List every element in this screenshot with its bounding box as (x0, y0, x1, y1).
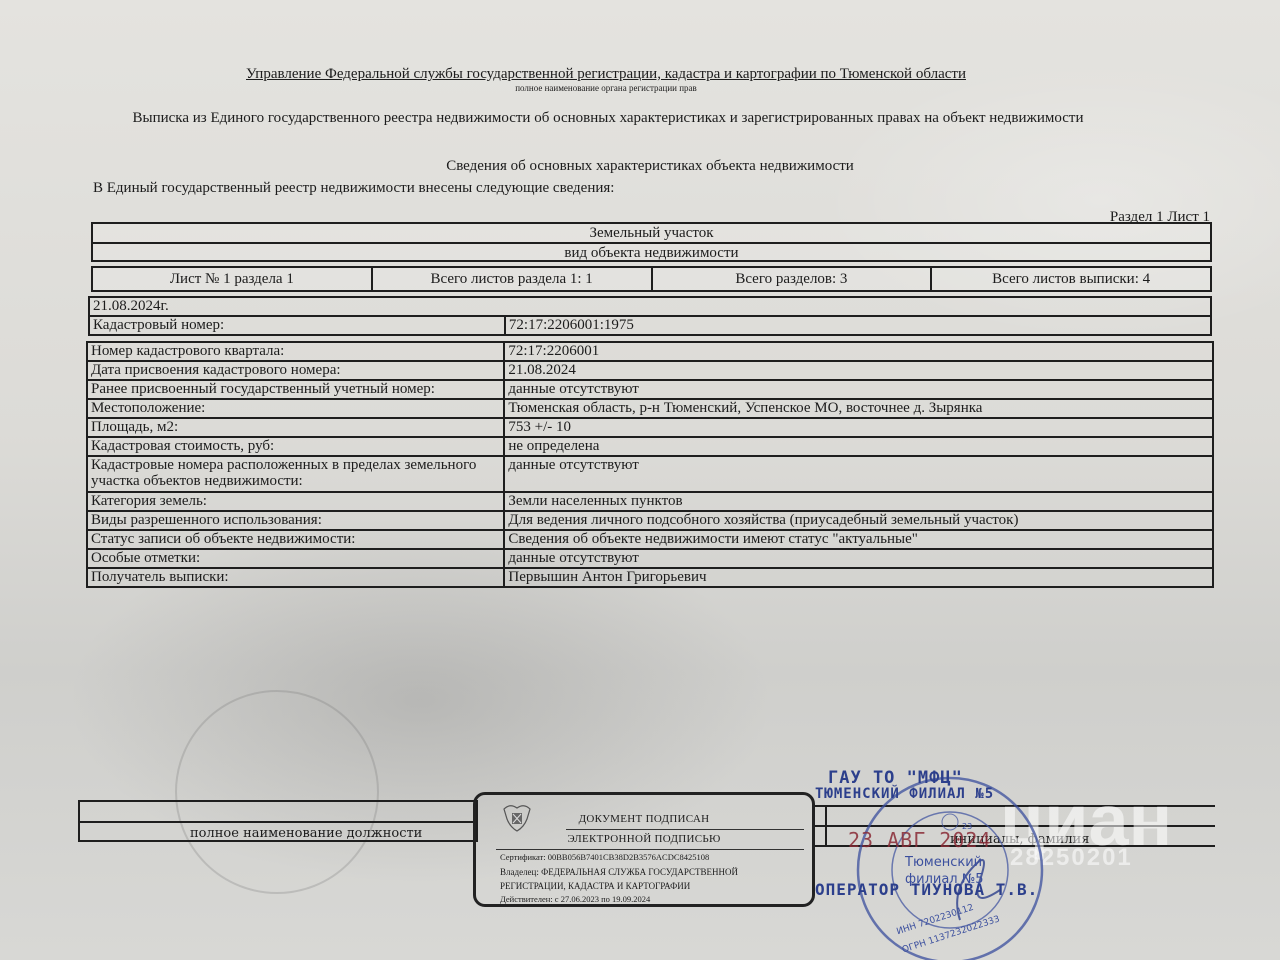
detail-label: Площадь, м2: (87, 418, 504, 437)
extract-title: Выписка из Единого государственного реес… (0, 110, 1216, 127)
table-row: Ранее присвоенный государственный учетны… (87, 380, 1213, 399)
mfc-stamp-org: ГАУ ТО "МФЦ" (828, 768, 963, 788)
detail-label: Кадастровая стоимость, руб: (87, 437, 504, 456)
date-stamp: 23 АВГ 2024 (848, 828, 991, 852)
certificate-id: Сертификат: 00BB056B7401CB38D2B3576ACDC8… (500, 852, 709, 862)
detail-label: Виды разрешенного использования: (87, 511, 504, 530)
detail-label: Кадастровые номера расположенных в преде… (87, 456, 504, 492)
round-stamp-center-line1: Тюменский (905, 855, 982, 870)
registration-authority-caption: полное наименование органа регистрации п… (0, 83, 1212, 93)
detail-label: Особые отметки: (87, 549, 504, 568)
table-row: Дата присвоения кадастрового номера:21.0… (87, 361, 1213, 380)
certificate-validity: Действителен: с 27.06.2023 по 19.09.2024 (500, 894, 650, 904)
divider (825, 805, 827, 845)
detail-value: Земли населенных пунктов (504, 492, 1213, 511)
detail-label: Номер кадастрового квартала: (87, 342, 504, 361)
certificate-owner-line2: РЕГИСТРАЦИИ, КАДАСТРА И КАРТОГРАФИИ (500, 881, 690, 891)
cadastral-number-table: 21.08.2024г. Кадастровый номер: 72:17:22… (88, 296, 1212, 336)
table-row: Кадастровые номера расположенных в преде… (87, 456, 1213, 492)
mfc-stamp-branch: ТЮМЕНСКИЙ ФИЛИАЛ №5 (815, 786, 994, 802)
object-type: Земельный участок (93, 224, 1210, 244)
divider (566, 829, 804, 830)
section-sheets-total: Всего листов раздела 1: 1 (373, 268, 653, 290)
cadastral-number-label: Кадастровый номер: (89, 316, 505, 335)
table-row: Кадастровая стоимость, руб:не определена (87, 437, 1213, 456)
detail-value: Для ведения личного подсобного хозяйства… (504, 511, 1213, 530)
sheet-number: Лист № 1 раздела 1 (93, 268, 373, 290)
detail-label: Категория земель: (87, 492, 504, 511)
detail-value: данные отсутствуют (504, 549, 1213, 568)
table-row: Статус записи об объекте недвижимости:Св… (87, 530, 1213, 549)
detail-value: Первышин Антон Григорьевич (504, 568, 1213, 587)
certificate-owner-line1: Владелец: ФЕДЕРАЛЬНАЯ СЛУЖБА ГОСУДАРСТВЕ… (500, 867, 738, 877)
ghost-stamp-impression (175, 690, 379, 894)
divider (496, 849, 804, 850)
detail-value: не определена (504, 437, 1213, 456)
object-type-caption: вид объекта недвижимости (93, 244, 1210, 262)
cadastral-number-value: 72:17:2206001:1975 (505, 316, 1211, 335)
detail-value: Тюменская область, р-н Тюменский, Успенс… (504, 399, 1213, 418)
property-details-table: Номер кадастрового квартала:72:17:220600… (86, 341, 1214, 588)
divider (80, 821, 476, 823)
sheet-info-row: Лист № 1 раздела 1 Всего листов раздела … (91, 266, 1212, 292)
sections-total: Всего разделов: 3 (653, 268, 933, 290)
object-type-box: Земельный участок вид объекта недвижимос… (91, 222, 1212, 262)
detail-label: Ранее присвоенный государственный учетны… (87, 380, 504, 399)
registration-authority-name: Управление Федеральной службы государств… (0, 66, 1212, 83)
operator-stamp: ОПЕРАТОР ТИУНОВА Т.В. (815, 880, 1038, 899)
table-row: Площадь, м2:753 +/- 10 (87, 418, 1213, 437)
detail-value: 21.08.2024 (504, 361, 1213, 380)
extract-date: 21.08.2024г. (89, 297, 1211, 316)
section-title: Сведения об основных характеристиках объ… (0, 158, 1280, 175)
signed-title: ДОКУМЕНТ ПОДПИСАН (476, 813, 812, 825)
position-caption: полное наименование должности (190, 826, 422, 841)
table-row: Получатель выписки:Первышин Антон Григор… (87, 568, 1213, 587)
detail-value: 72:17:2206001 (504, 342, 1213, 361)
position-box: полное наименование должности (78, 800, 478, 842)
extract-sheets-total: Всего листов выписки: 4 (932, 268, 1210, 290)
detail-label: Местоположение: (87, 399, 504, 418)
detail-label: Статус записи об объекте недвижимости: (87, 530, 504, 549)
electronic-signature-box: ДОКУМЕНТ ПОДПИСАН ЭЛЕКТРОННОЙ ПОДПИСЬЮ С… (473, 792, 815, 907)
detail-value: данные отсутствуют (504, 380, 1213, 399)
intro-text: В Единый государственный реестр недвижим… (93, 180, 614, 197)
table-row: Виды разрешенного использования:Для веде… (87, 511, 1213, 530)
detail-value: 753 +/- 10 (504, 418, 1213, 437)
signed-subtitle: ЭЛЕКТРОННОЙ ПОДПИСЬЮ (476, 833, 812, 845)
table-row: Местоположение:Тюменская область, р-н Тю… (87, 399, 1213, 418)
detail-value: данные отсутствуют (504, 456, 1213, 492)
detail-label: Дата присвоения кадастрового номера: (87, 361, 504, 380)
detail-value: Сведения об объекте недвижимости имеют с… (504, 530, 1213, 549)
detail-label: Получатель выписки: (87, 568, 504, 587)
table-row: Номер кадастрового квартала:72:17:220600… (87, 342, 1213, 361)
table-row: Особые отметки:данные отсутствуют (87, 549, 1213, 568)
table-row: Категория земель:Земли населенных пункто… (87, 492, 1213, 511)
